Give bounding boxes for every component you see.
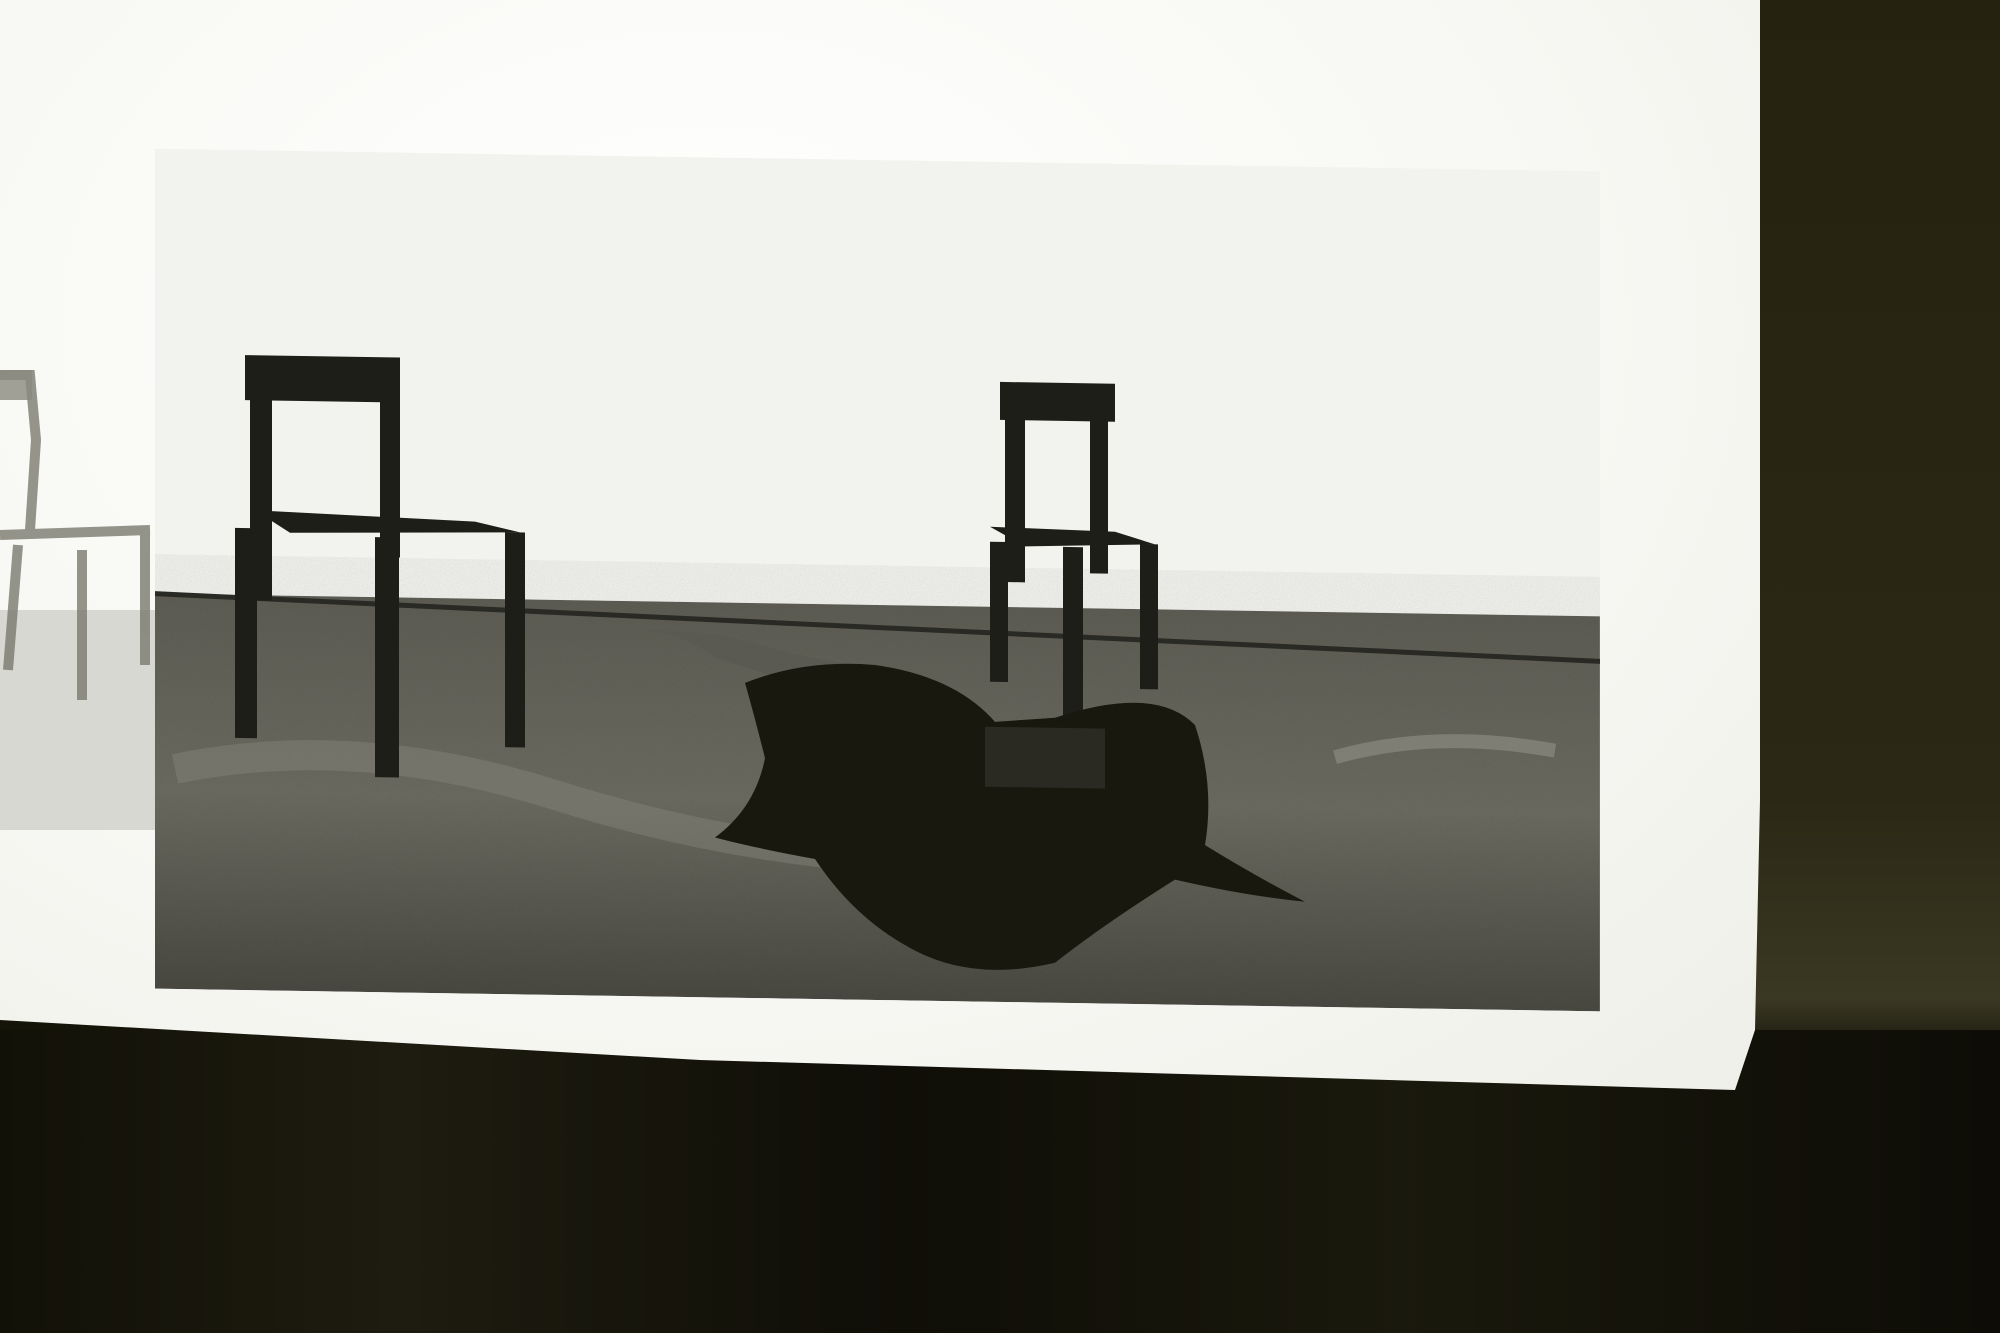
- paper-sheet: [0, 0, 1760, 1090]
- printed-photograph: [155, 149, 1600, 1012]
- chair-left-faded: [0, 330, 160, 830]
